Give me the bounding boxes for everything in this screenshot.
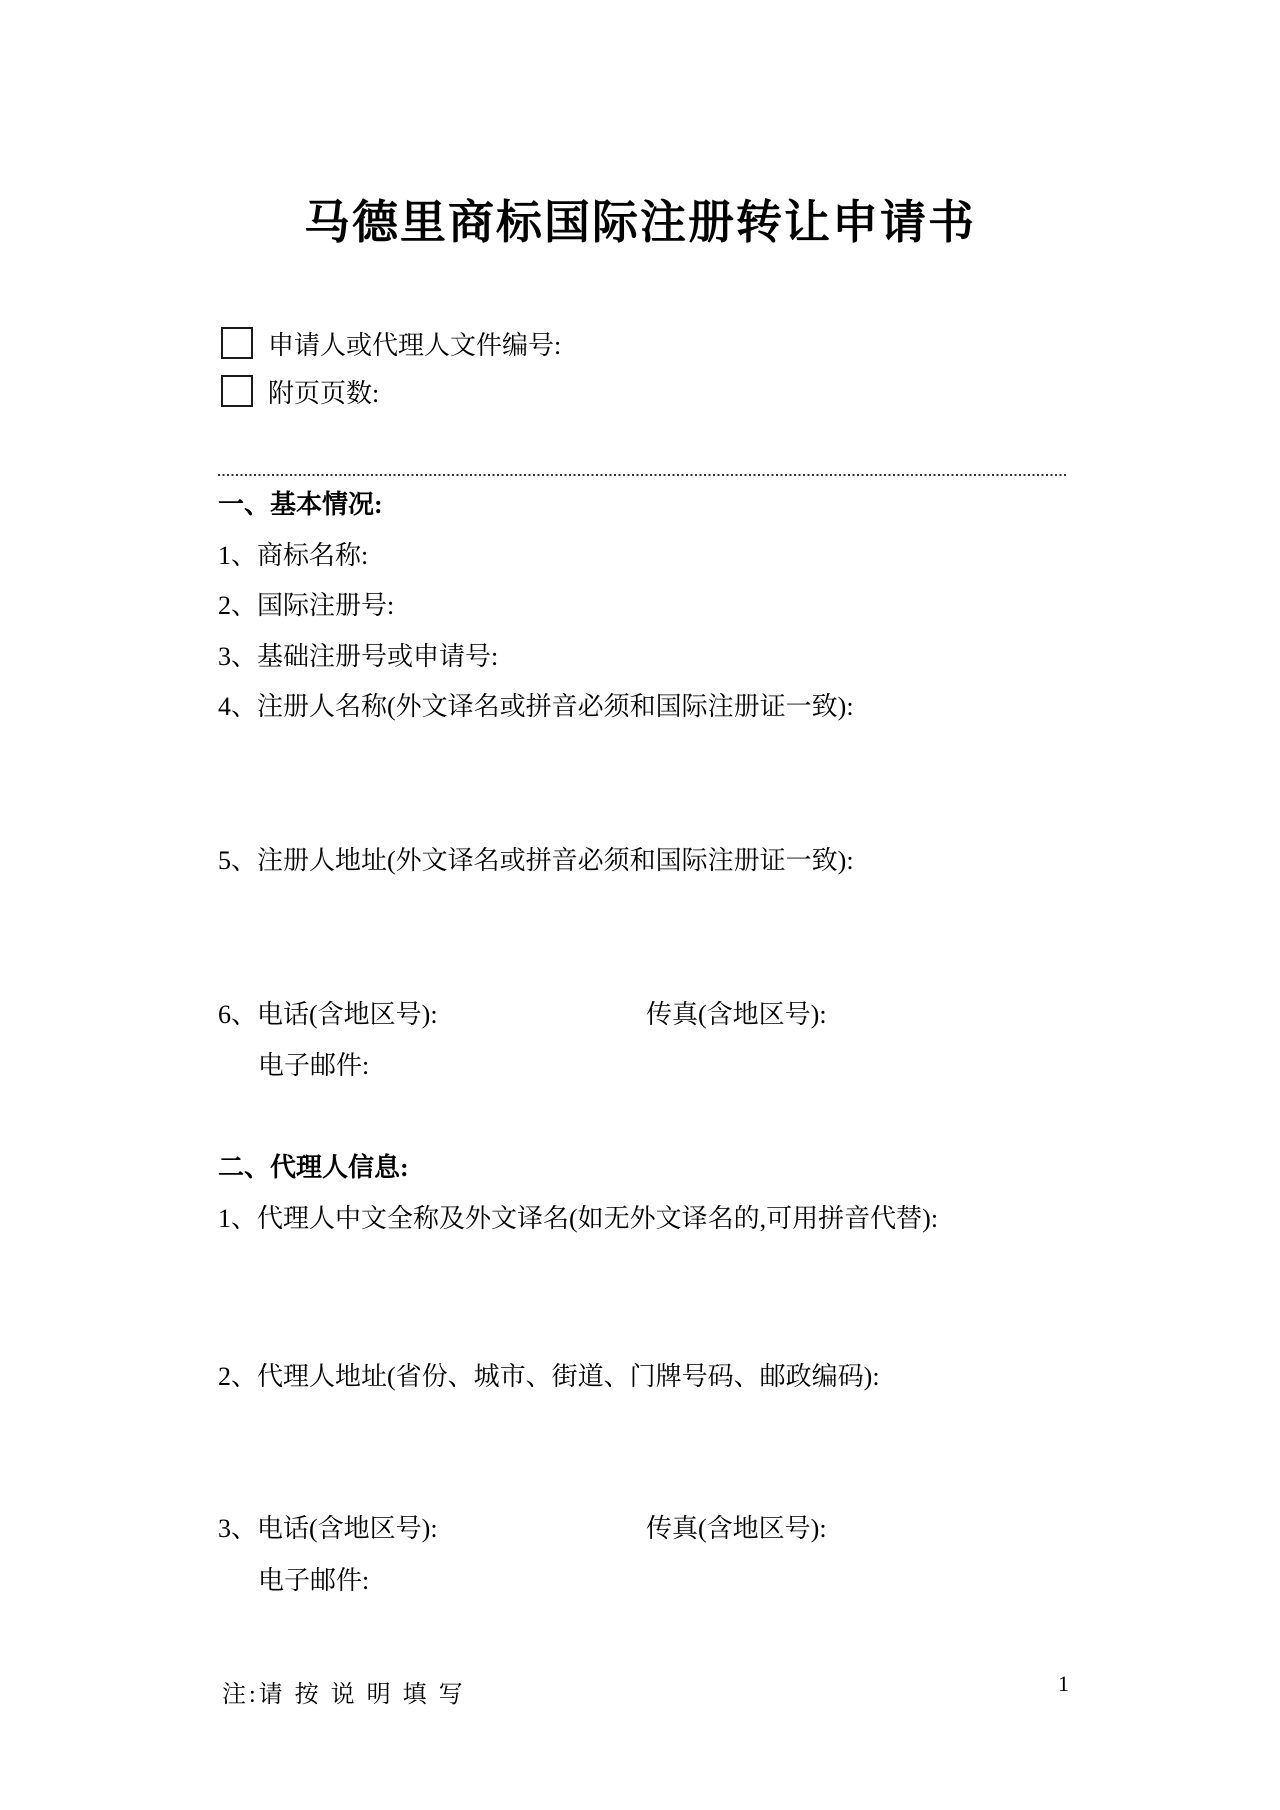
field-label-agent-phone: 3、电话(含地区号):	[218, 1514, 438, 1543]
field-label-fax: 传真(含地区号):	[646, 999, 827, 1031]
applicant-file-number-checkbox[interactable]	[221, 327, 253, 359]
basic-phone-fax-row: 6、电话(含地区号): 传真(含地区号):	[218, 999, 1118, 1031]
field-label-email: 电子邮件:	[258, 1050, 369, 1082]
footer-note: 注:请 按 说 明 填 写	[222, 1674, 466, 1709]
field-label-agent-address: 2、代理人地址(省份、城市、街道、门牌号码、邮政编码):	[218, 1361, 880, 1393]
dotted-divider	[218, 474, 1068, 476]
attachment-pages-label: 附页页数:	[268, 373, 379, 410]
field-label-agent-name: 1、代理人中文全称及外文译名(如无外文译名的,可用拼音代替):	[218, 1203, 938, 1235]
section-basic-heading: 一、基本情况:	[218, 489, 383, 521]
attachment-pages-row: 附页页数:	[221, 374, 379, 408]
page-title: 马德里商标国际注册转让申请书	[0, 186, 1280, 252]
field-label-basic-registration-number: 3、基础注册号或申请号:	[218, 641, 498, 673]
application-form-page: 马德里商标国际注册转让申请书 申请人或代理人文件编号: 附页页数: 一、基本情况…	[0, 0, 1280, 1810]
section-agent-heading: 二、代理人信息:	[218, 1152, 409, 1184]
applicant-file-number-row: 申请人或代理人文件编号:	[221, 326, 561, 360]
applicant-file-number-label: 申请人或代理人文件编号:	[268, 325, 561, 362]
field-label-agent-email: 电子邮件:	[258, 1565, 369, 1597]
page-number: 1	[1058, 1671, 1069, 1697]
field-label-trademark-name: 1、商标名称:	[218, 540, 368, 572]
attachment-pages-checkbox[interactable]	[221, 375, 253, 407]
field-label-international-registration-number: 2、国际注册号:	[218, 590, 394, 622]
field-label-registrant-address: 5、注册人地址(外文译名或拼音必须和国际注册证一致):	[218, 845, 854, 877]
field-label-agent-fax: 传真(含地区号):	[646, 1513, 827, 1545]
agent-phone-fax-row: 3、电话(含地区号): 传真(含地区号):	[218, 1513, 1118, 1545]
field-label-phone: 6、电话(含地区号):	[218, 1000, 438, 1029]
field-label-registrant-name: 4、注册人名称(外文译名或拼音必须和国际注册证一致):	[218, 691, 854, 723]
